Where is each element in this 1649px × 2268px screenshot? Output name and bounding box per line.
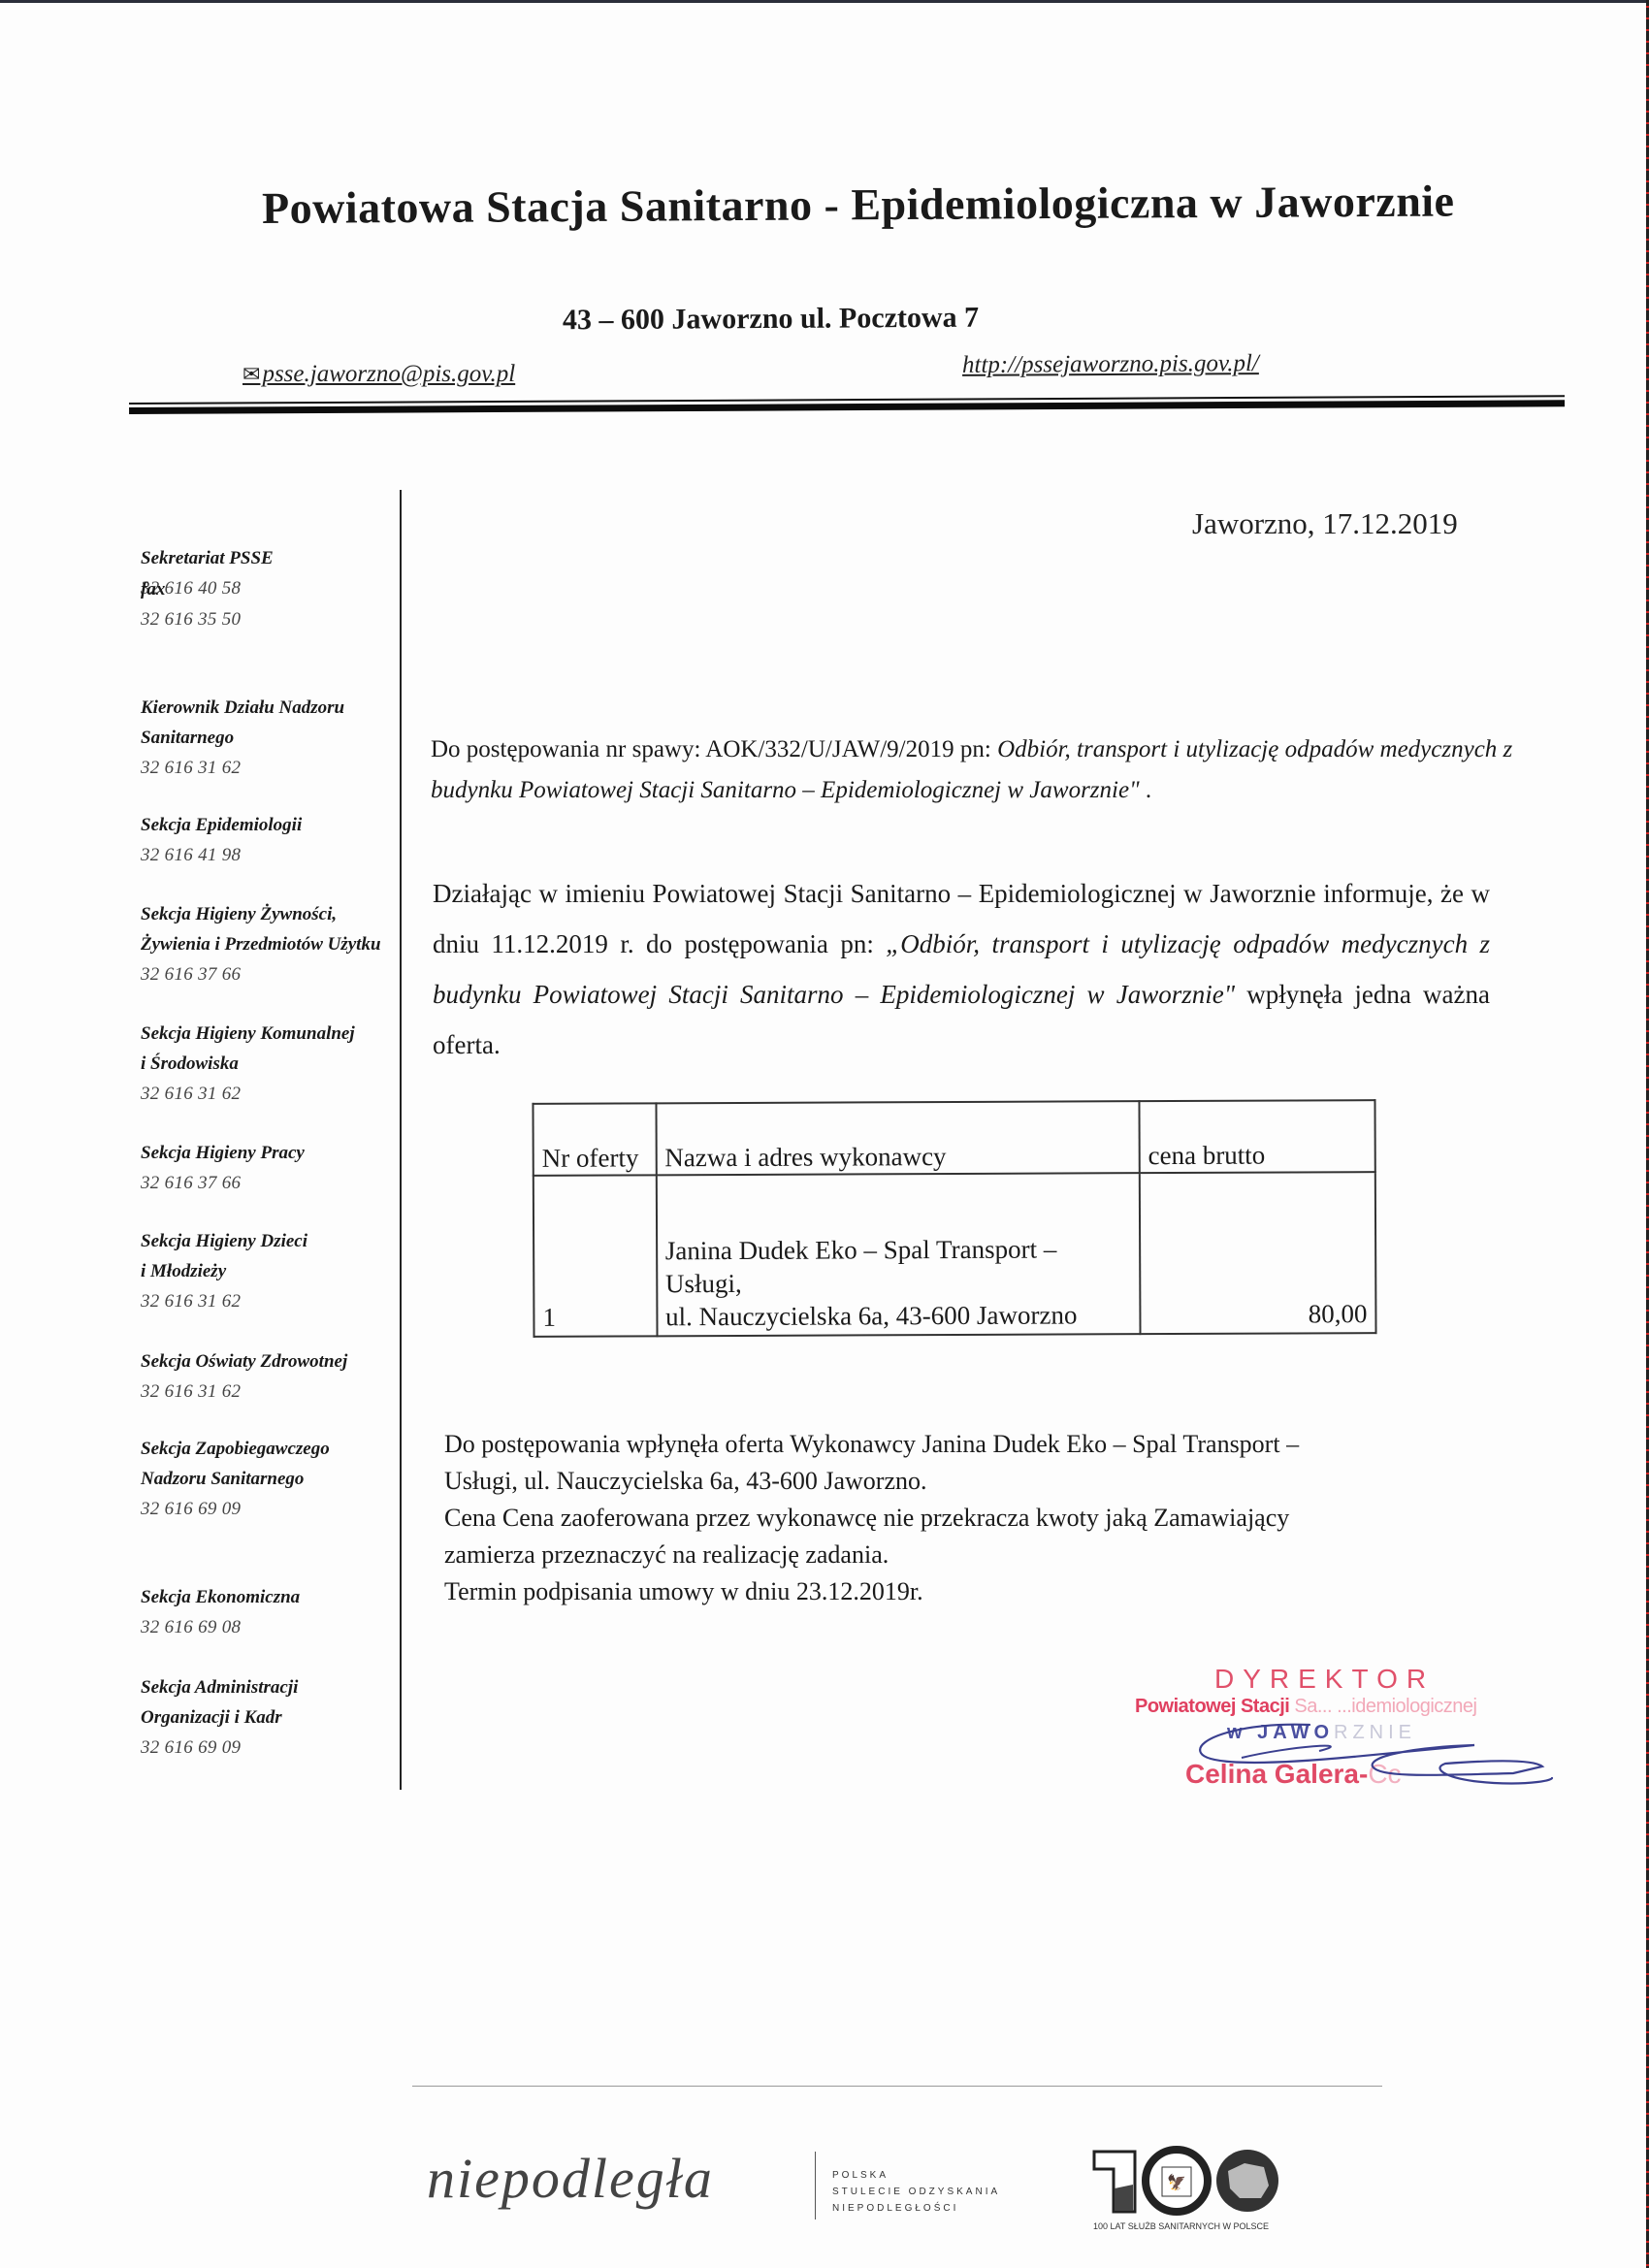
reference-paragraph: Do postępowania nr spawy: AOK/332/U/JAW/… bbox=[431, 729, 1527, 811]
handwritten-signature-icon bbox=[1125, 1664, 1562, 1809]
contact-name: Sekcja Oświaty Zdrowotnej bbox=[141, 1346, 412, 1377]
contact-name: fax bbox=[141, 574, 412, 604]
contact-phone: 32 616 37 66 bbox=[141, 1168, 412, 1198]
contact-phone: 32 616 37 66 bbox=[141, 959, 412, 989]
contact-entry: Sekcja Higieny Żywności,Żywienia i Przed… bbox=[141, 899, 412, 989]
price-cell: 80,00 bbox=[1140, 1172, 1376, 1334]
footer-divider bbox=[412, 2086, 1382, 2087]
contact-name: Sekcja Epidemiologii bbox=[141, 810, 412, 840]
contact-name: Nadzoru Sanitarnego bbox=[141, 1464, 412, 1494]
table-row: 1 Janina Dudek Eko – Spal Transport – Us… bbox=[533, 1172, 1376, 1337]
header-divider bbox=[129, 373, 1565, 420]
director-stamp: DYREKTOR Powiatowej Stacji Sa... ...idem… bbox=[1125, 1664, 1562, 1809]
contractor-cell: Janina Dudek Eko – Spal Transport – Usłu… bbox=[656, 1173, 1140, 1336]
contact-name: Organizacji i Kadr bbox=[141, 1702, 412, 1733]
contractor-line: ul. Nauczycielska 6a, 43-600 Jaworzno bbox=[665, 1298, 1131, 1333]
contact-phone: 32 616 69 09 bbox=[141, 1733, 412, 1763]
contact-entry: Sekcja ZapobiegawczegoNadzoru Sanitarneg… bbox=[141, 1434, 412, 1524]
institution-address: 43 – 600 Jaworzno ul. Pocztowa 7 bbox=[563, 302, 979, 338]
centenary-caption: 100 LAT SŁUŻB SANITARNYCH W POLSCE bbox=[1093, 2221, 1269, 2231]
summary-line: zamierza przeznaczyć na realizację zadan… bbox=[444, 1537, 1502, 1573]
contact-name: Żywienia i Przedmiotów Użytku bbox=[141, 929, 412, 959]
contact-name: i Środowiska bbox=[141, 1049, 412, 1079]
contact-phone: 32 616 35 50 bbox=[141, 604, 412, 634]
contact-phone: 32 616 41 98 bbox=[141, 840, 412, 870]
contact-phone: 32 616 69 08 bbox=[141, 1612, 412, 1642]
contractor-line: Janina Dudek Eko – Spal Transport – bbox=[665, 1232, 1131, 1267]
contact-phone: 32 616 69 09 bbox=[141, 1494, 412, 1524]
contact-name: Sekcja Higieny Żywności, bbox=[141, 899, 412, 929]
contact-entry: Sekcja Higieny Komunalnej i Środowiska32… bbox=[141, 1019, 412, 1109]
contact-phone: 32 616 31 62 bbox=[141, 1377, 412, 1407]
contact-phone: 32 616 31 62 bbox=[141, 753, 412, 783]
sidebar-divider bbox=[400, 490, 402, 1790]
summary-line: Usługi, ul. Nauczycielska 6a, 43-600 Jaw… bbox=[444, 1463, 1502, 1500]
table-header-row: Nr oferty Nazwa i adres wykonawcy cena b… bbox=[533, 1100, 1374, 1176]
summary-paragraph: Do postępowania wpłynęła oferta Wykonawc… bbox=[444, 1426, 1502, 1610]
svg-text:🦅: 🦅 bbox=[1167, 2173, 1186, 2191]
reference-prefix: Do postępowania nr spawy: AOK/332/U/JAW/… bbox=[431, 736, 997, 762]
contact-name: Sekcja Zapobiegawczego bbox=[141, 1434, 412, 1464]
svg-text:niepodległa: niepodległa bbox=[427, 2147, 714, 2210]
contact-entry: Sekcja AdministracjiOrganizacji i Kadr32… bbox=[141, 1672, 412, 1763]
column-header-gross-price: cena brutto bbox=[1139, 1100, 1374, 1173]
contact-entry: Sekcja Epidemiologii32 616 41 98 bbox=[141, 810, 412, 870]
contact-entry: Sekcja Higieny Dziecii Młodzieży32 616 3… bbox=[141, 1226, 412, 1316]
contact-entry: Kierownik Działu NadzoruSanitarnego32 61… bbox=[141, 693, 412, 783]
intro-paragraph: Działając w imieniu Powiatowej Stacji Sa… bbox=[433, 868, 1490, 1070]
offer-number-cell: 1 bbox=[533, 1175, 657, 1337]
summary-line: Termin podpisania umowy w dniu 23.12.201… bbox=[444, 1573, 1502, 1610]
contact-name: Sanitarnego bbox=[141, 723, 412, 753]
summary-line: Cena Cena zaoferowana przez wykonawcę ni… bbox=[444, 1500, 1502, 1537]
contact-entry: Sekcja Higieny Pracy32 616 37 66 bbox=[141, 1138, 412, 1198]
contact-entry: fax32 616 35 50 bbox=[141, 574, 412, 634]
footer-separator bbox=[815, 2152, 816, 2219]
contact-name: Sekcja Administracji bbox=[141, 1672, 412, 1702]
centenary-100-logo-icon: 🦅 bbox=[1084, 2142, 1288, 2219]
offers-table: Nr oferty Nazwa i adres wykonawcy cena b… bbox=[532, 1099, 1376, 1338]
contact-name: Kierownik Działu Nadzoru bbox=[141, 693, 412, 723]
niepodlegla-logo-icon: niepodległa bbox=[427, 2134, 805, 2231]
reference-suffix: . bbox=[1146, 777, 1151, 803]
contact-entry: Sekcja Ekonomiczna32 616 69 08 bbox=[141, 1582, 412, 1642]
contractor-line: Usługi, bbox=[665, 1265, 1131, 1300]
contact-entry: Sekcja Oświaty Zdrowotnej32 616 31 62 bbox=[141, 1346, 412, 1407]
institution-name: Powiatowa Stacja Sanitarno - Epidemiolog… bbox=[262, 175, 1542, 234]
contact-name: Sekcja Higieny Komunalnej bbox=[141, 1019, 412, 1049]
column-header-contractor: Nazwa i adres wykonawcy bbox=[656, 1101, 1140, 1175]
contact-phone: 32 616 31 62 bbox=[141, 1079, 412, 1109]
summary-line: Do postępowania wpłynęła oferta Wykonawc… bbox=[444, 1426, 1502, 1463]
contact-name: Sekretariat PSSE bbox=[141, 543, 412, 573]
contact-name: Sekcja Ekonomiczna bbox=[141, 1582, 412, 1612]
column-header-offer-number: Nr oferty bbox=[533, 1103, 656, 1176]
scan-edge bbox=[0, 0, 1649, 3]
contact-name: i Młodzieży bbox=[141, 1256, 412, 1286]
contact-name: Sekcja Higieny Dzieci bbox=[141, 1226, 412, 1256]
niepodlegla-caption: POLSKA STULECIE ODZYSKANIA NIEPODLEGŁOŚC… bbox=[832, 2167, 1000, 2217]
place-date: Jaworzno, 17.12.2019 bbox=[1192, 506, 1458, 541]
contact-name: Sekcja Higieny Pracy bbox=[141, 1138, 412, 1168]
contact-phone: 32 616 31 62 bbox=[141, 1286, 412, 1316]
